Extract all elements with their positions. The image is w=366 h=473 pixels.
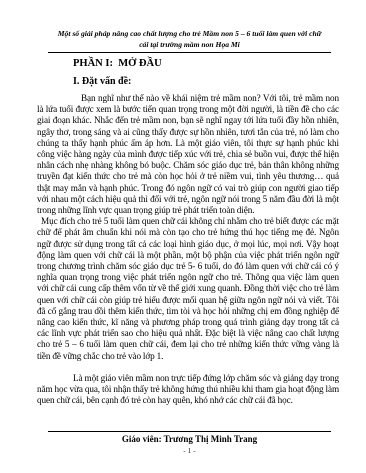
header-title-line-2: cái tại trường mầm non Họa Mi (48, 39, 331, 50)
part-heading: PHẦN I: MỞ ĐẦU (73, 58, 339, 69)
page-number: - 1 - (48, 446, 331, 455)
paragraph-2: Mục đích cho trẻ 5 tuổi làm quen chữ cái… (37, 216, 339, 362)
section-heading: I. Đặt vấn đề: (73, 76, 339, 87)
paragraph-1: Bạn nghĩ như thế nào về khái niệm trẻ mầ… (37, 93, 339, 216)
page-footer: Giáo viên: Trương Thị Minh Trang - 1 - (48, 431, 331, 455)
header-title-line-1: Một số giải pháp nâng cao chất lượng cho… (48, 28, 331, 39)
paragraph-3: Là một giáo viên mầm non trực tiếp đứng … (37, 373, 339, 407)
document-page: Một số giải pháp nâng cao chất lượng cho… (0, 0, 366, 473)
running-header: Một số giải pháp nâng cao chất lượng cho… (48, 28, 331, 53)
author-name: Giáo viên: Trương Thị Minh Trang (48, 432, 331, 444)
document-body: PHẦN I: MỞ ĐẦU I. Đặt vấn đề: Bạn nghĩ n… (37, 58, 339, 406)
